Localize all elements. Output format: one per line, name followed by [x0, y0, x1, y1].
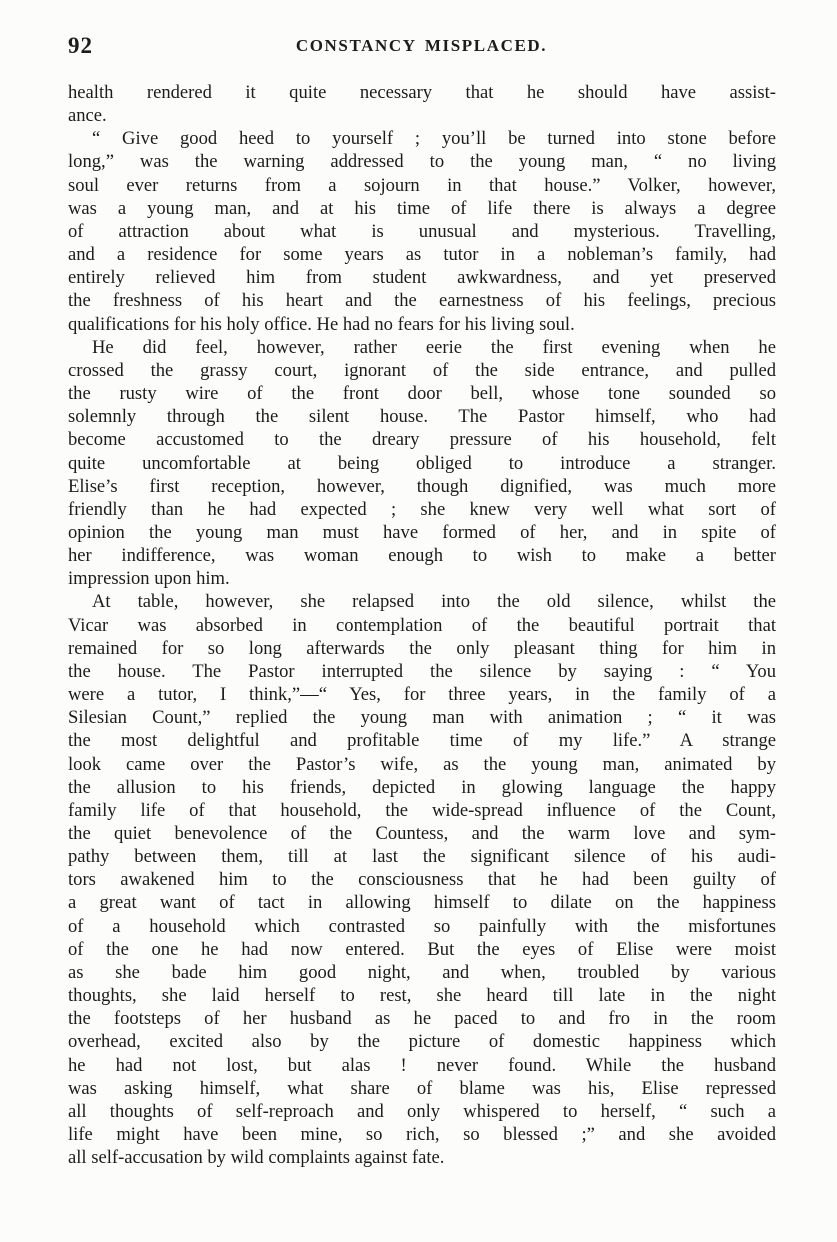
text-line: He did feel, however, rather eerie the f… — [68, 336, 776, 359]
text-line: friendly than he had expected ; she knew… — [68, 498, 776, 521]
text-line: remained for so long afterwards the only… — [68, 637, 776, 660]
text-line: was a young man, and at his time of life… — [68, 197, 776, 220]
text-line: were a tutor, I think,”—“ Yes, for three… — [68, 683, 776, 706]
text-line: soul ever returns from a sojourn in that… — [68, 174, 776, 197]
text-line: qualifications for his holy office. He h… — [68, 313, 776, 336]
text-line: At table, however, she relapsed into the… — [68, 590, 776, 613]
book-page: 92 CONSTANCY MISPLACED. health rendered … — [0, 0, 837, 1242]
text-line: life might have been mine, so rich, so b… — [68, 1123, 776, 1146]
text-line: the quiet benevolence of the Countess, a… — [68, 822, 776, 845]
text-line: her indifference, was woman enough to wi… — [68, 544, 776, 567]
text-line: of attraction about what is unusual and … — [68, 220, 776, 243]
text-line: of the one he had now entered. But the e… — [68, 938, 776, 961]
text-line: health rendered it quite necessary that … — [68, 81, 776, 104]
text-line: and a residence for some years as tutor … — [68, 243, 776, 266]
text-line: Vicar was absorbed in contemplation of t… — [68, 614, 776, 637]
text-line: entirely relieved him from student awkwa… — [68, 266, 776, 289]
text-line: look came over the Pastor’s wife, as the… — [68, 753, 776, 776]
running-head: 92 CONSTANCY MISPLACED. — [68, 33, 775, 63]
text-block: health rendered it quite necessary that … — [68, 81, 776, 1169]
text-line: pathy between them, till at last the sig… — [68, 845, 776, 868]
text-line: as she bade him good night, and when, tr… — [68, 961, 776, 984]
text-line: crossed the grassy court, ignorant of th… — [68, 359, 776, 382]
text-line: Elise’s first reception, however, though… — [68, 475, 776, 498]
text-line: of a household which contrasted so painf… — [68, 915, 776, 938]
text-line: Silesian Count,” replied the young man w… — [68, 706, 776, 729]
text-line: solemnly through the silent house. The P… — [68, 405, 776, 428]
text-line: the house. The Pastor interrupted the si… — [68, 660, 776, 683]
text-line: tors awakened him to the consciousness t… — [68, 868, 776, 891]
text-line: a great want of tact in allowing himself… — [68, 891, 776, 914]
text-line: the footsteps of her husband as he paced… — [68, 1007, 776, 1030]
text-line: he had not lost, but alas ! never found.… — [68, 1054, 776, 1077]
text-line: the rusty wire of the front door bell, w… — [68, 382, 776, 405]
text-line: ance. — [68, 104, 776, 127]
text-line: all self-accusation by wild complaints a… — [68, 1146, 776, 1169]
text-line: overhead, excited also by the picture of… — [68, 1030, 776, 1053]
text-line: the most delightful and profitable time … — [68, 729, 776, 752]
text-line: thoughts, she laid herself to rest, she … — [68, 984, 776, 1007]
text-line: family life of that household, the wide-… — [68, 799, 776, 822]
text-line: the allusion to his friends, depicted in… — [68, 776, 776, 799]
text-line: the freshness of his heart and the earne… — [68, 289, 776, 312]
text-line: “ Give good heed to yourself ; you’ll be… — [68, 127, 776, 150]
text-line: long,” was the warning addressed to the … — [68, 150, 776, 173]
text-line: quite uncomfortable at being obliged to … — [68, 452, 776, 475]
text-line: impression upon him. — [68, 567, 776, 590]
text-line: all thoughts of self-reproach and only w… — [68, 1100, 776, 1123]
running-title: CONSTANCY MISPLACED. — [68, 36, 775, 56]
text-line: become accustomed to the dreary pressure… — [68, 428, 776, 451]
text-line: was asking himself, what share of blame … — [68, 1077, 776, 1100]
text-line: opinion the young man must have formed o… — [68, 521, 776, 544]
